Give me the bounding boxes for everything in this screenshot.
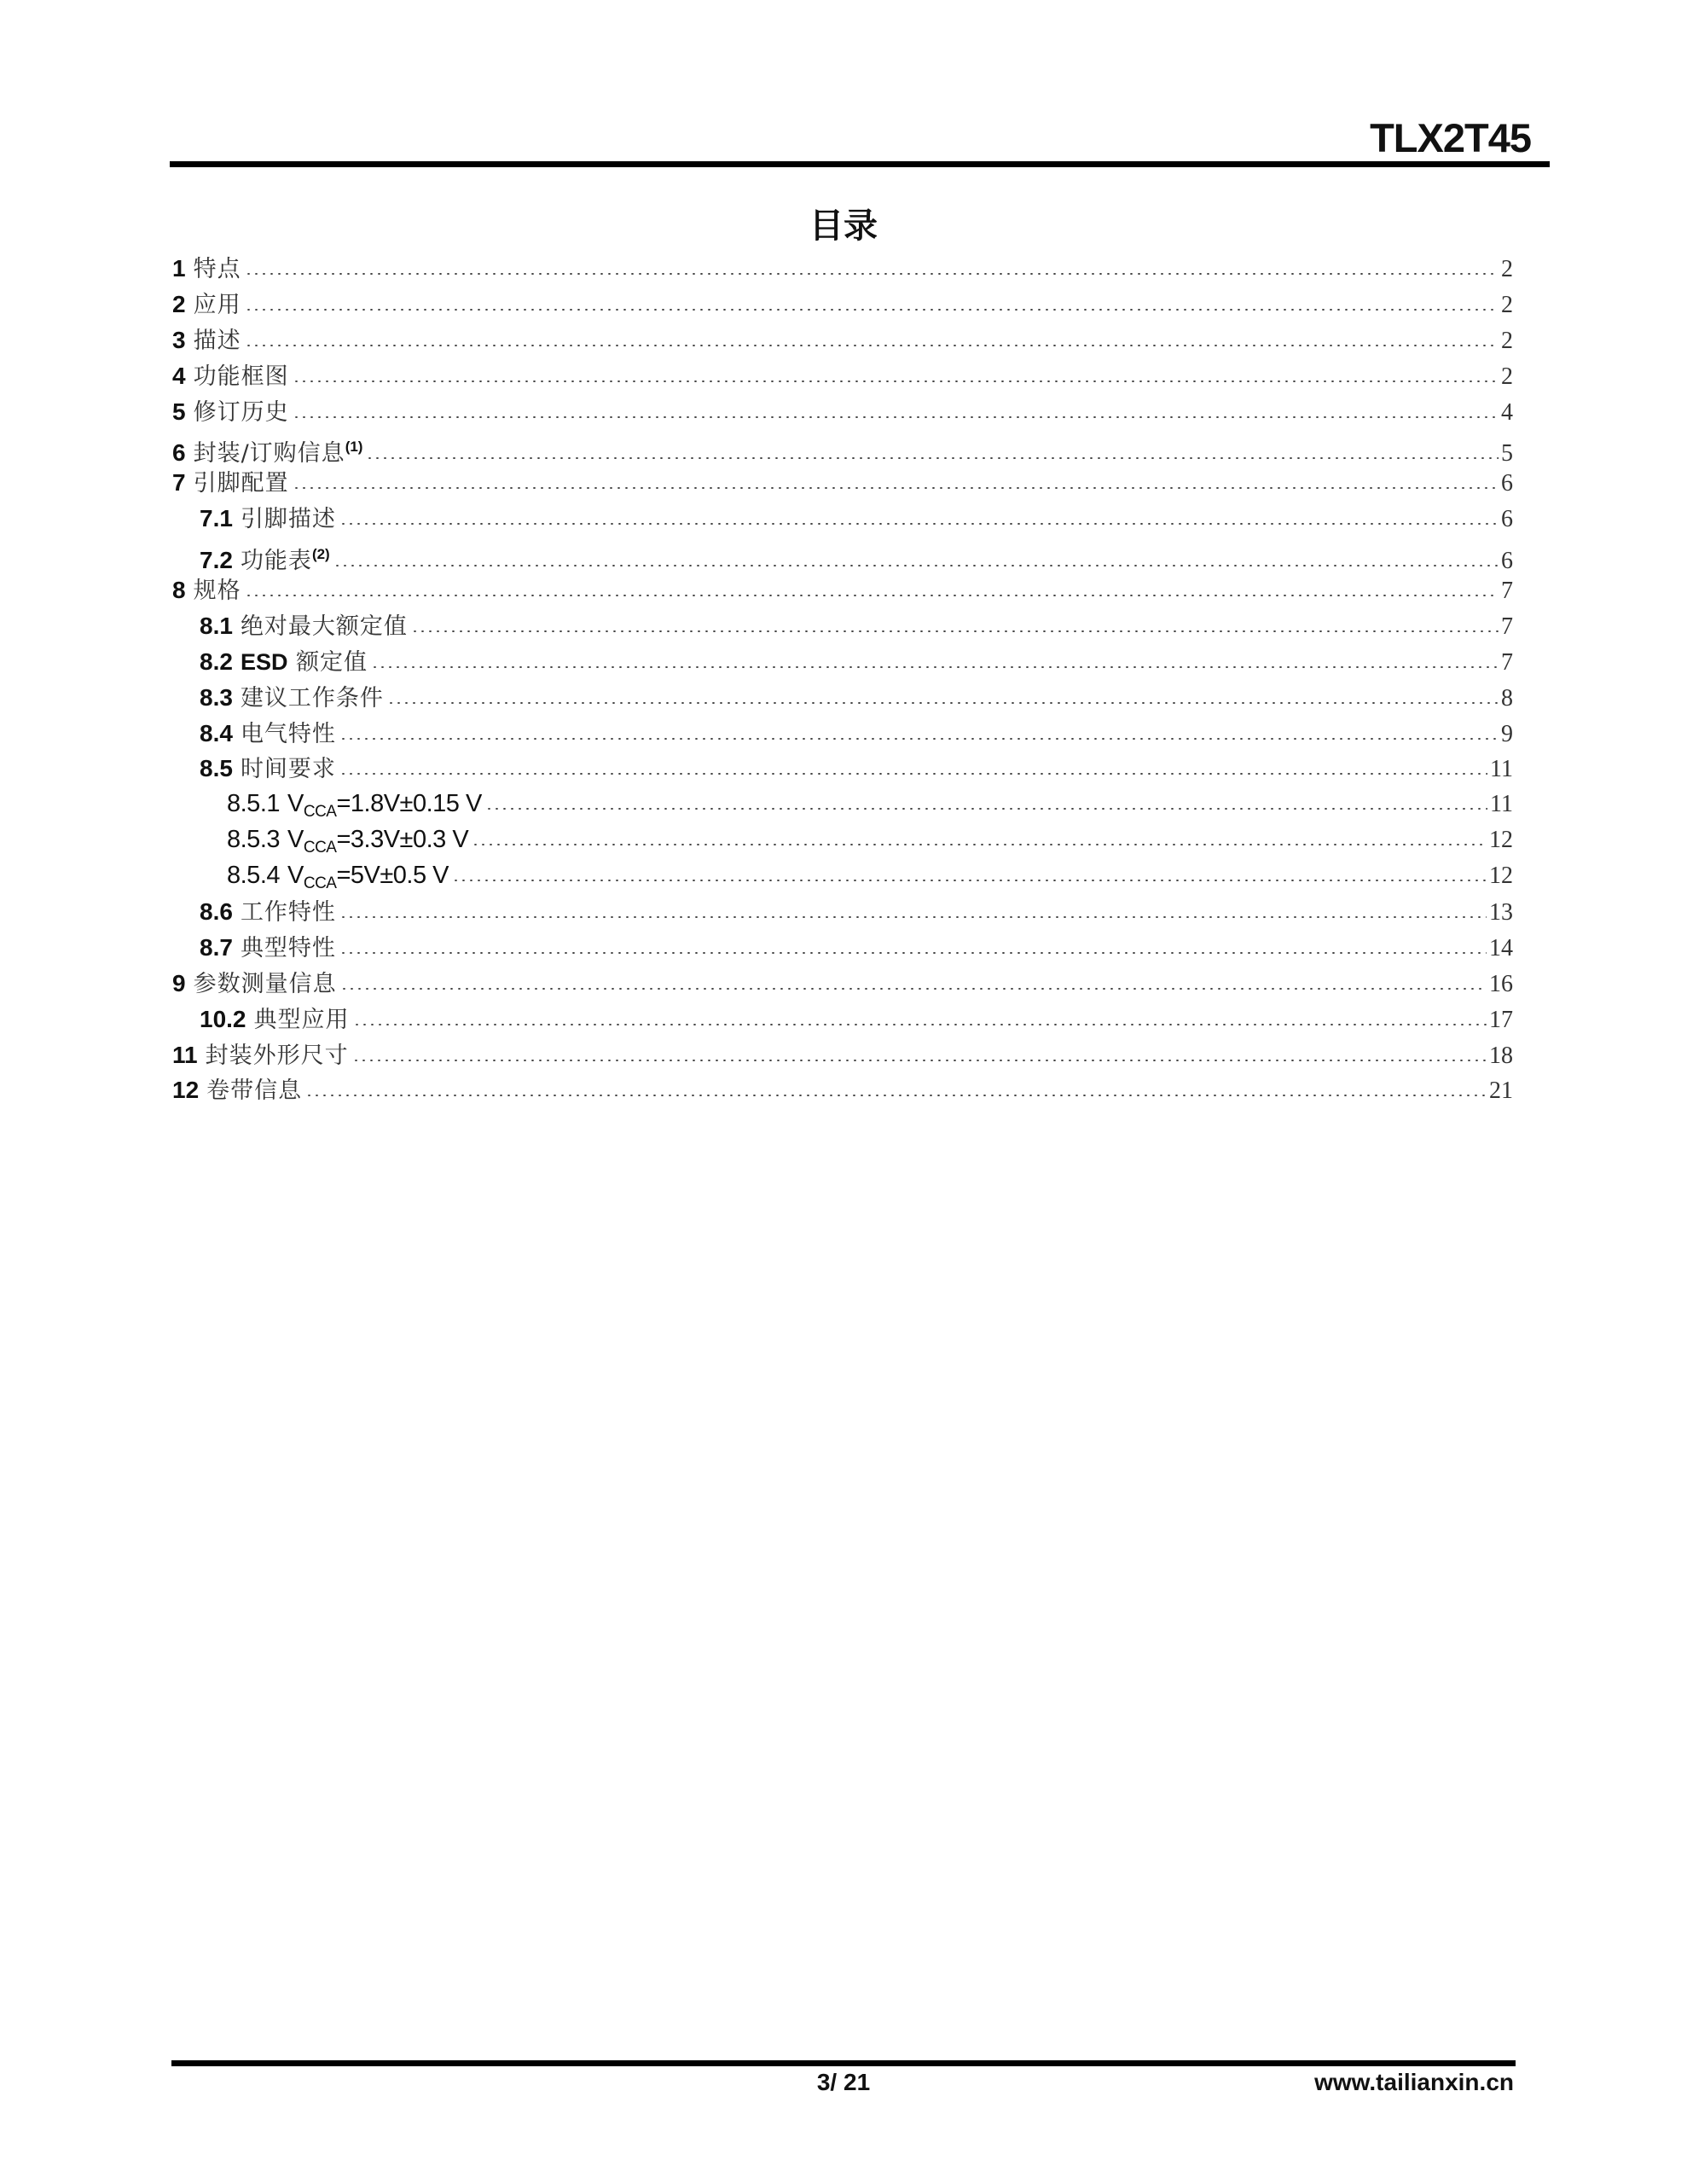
dot-leader: [339, 523, 1499, 525]
toc-entry[interactable]: 8.5.4VCCA=5V±0.5 V12: [172, 858, 1513, 894]
toc-entry-number: 8: [172, 572, 186, 608]
toc-entry-label: 绝对最大额定值: [241, 609, 408, 645]
dot-leader: [245, 595, 1499, 596]
toc-entry-page: 11: [1490, 787, 1513, 822]
toc-entry-number: 8.5: [200, 751, 233, 787]
label-text: 工作特性: [241, 899, 336, 926]
toc-entry-page: 2: [1501, 288, 1513, 323]
toc-entry-page: 2: [1501, 359, 1513, 395]
toc-entry[interactable]: 8.7典型特性14: [172, 930, 1513, 966]
toc-entry[interactable]: 8.4电气特性9: [172, 716, 1513, 752]
label-subscript: CCA: [304, 803, 337, 821]
toc-entry-label: 特点: [194, 252, 241, 288]
dot-leader: [485, 808, 1487, 810]
dot-leader: [340, 988, 1487, 990]
label-text: 建议工作条件: [241, 685, 384, 712]
toc-entry-page: 7: [1501, 573, 1513, 609]
footnote-marker: (2): [312, 546, 330, 562]
toc-entry-number: 8.5.4: [227, 858, 280, 894]
toc-entry-label: 建议工作条件: [241, 681, 384, 717]
label-text: 时间要求: [241, 756, 336, 782]
header-divider: [170, 161, 1550, 167]
dot-leader: [472, 844, 1487, 845]
document-code: TLX2T45: [1370, 116, 1531, 160]
toc-entry-page: 2: [1501, 252, 1513, 288]
toc-entry-page: 7: [1501, 609, 1513, 645]
dot-leader: [352, 1060, 1487, 1061]
toc-entry[interactable]: 4功能框图2: [172, 358, 1513, 394]
toc-entry-label: 电气特性: [241, 717, 336, 752]
toc-entry-number: 8.6: [200, 894, 233, 930]
label-text: =3.3V±0.3 V: [336, 826, 468, 853]
toc-entry[interactable]: 8.5.1VCCA=1.8V±0.15 V11: [172, 787, 1513, 822]
label-text: 特点: [194, 256, 241, 282]
label-text: 绝对最大额定值: [241, 613, 408, 640]
label-text: 引脚描述: [241, 506, 336, 532]
toc-entry-page: 17: [1489, 1002, 1513, 1038]
label-text: 参数测量信息: [194, 971, 337, 997]
toc-entry-label: 参数测量信息: [194, 967, 337, 1002]
toc-entry-number: 1: [172, 251, 186, 287]
label-text: V: [287, 826, 304, 853]
footnote-marker: (1): [345, 439, 363, 455]
toc-entry-page: 8: [1501, 681, 1513, 717]
toc-entry-page: 11: [1490, 752, 1513, 787]
dot-leader: [245, 309, 1499, 311]
table-of-contents: 1特点22应用23描述24功能框图25修订历史46封装/订购信息(1)57引脚配…: [172, 251, 1513, 1108]
label-text: 额定值: [296, 649, 368, 676]
toc-entry-number: 11: [172, 1037, 198, 1073]
toc-entry[interactable]: 5修订历史4: [172, 394, 1513, 430]
toc-entry-label: 描述: [194, 323, 241, 359]
toc-entry-number: 8.1: [200, 608, 233, 644]
label-text: 封装/订购信息: [194, 440, 345, 467]
toc-entry[interactable]: 1特点2: [172, 251, 1513, 287]
toc-entry-label: 封装外形尺寸: [206, 1038, 349, 1074]
dot-leader: [293, 416, 1499, 418]
toc-entry-number: 2: [172, 287, 186, 322]
toc-entry-label: 引脚描述: [241, 502, 336, 537]
dot-leader: [333, 565, 1499, 566]
toc-entry-label: 典型特性: [241, 931, 336, 967]
toc-entry-number: 4: [172, 358, 186, 394]
toc-entry[interactable]: 7引脚配置6: [172, 465, 1513, 501]
toc-entry-number: 3: [172, 322, 186, 358]
label-text: 典型应用: [254, 1007, 350, 1033]
toc-entry-page: 4: [1501, 395, 1513, 431]
label-text: 功能表: [241, 548, 312, 574]
label-text: 封装外形尺寸: [206, 1043, 349, 1069]
label-latin: ESD: [241, 649, 288, 675]
footer-divider: [171, 2060, 1516, 2066]
label-text: 电气特性: [241, 721, 336, 747]
dot-leader: [371, 666, 1499, 668]
toc-entry[interactable]: 6封装/订购信息(1)5: [172, 429, 1513, 465]
toc-entry[interactable]: 12卷带信息21: [172, 1072, 1513, 1108]
toc-entry-number: 8.5.3: [227, 822, 280, 858]
toc-entry[interactable]: 8.1绝对最大额定值7: [172, 608, 1513, 644]
dot-leader: [387, 702, 1499, 704]
toc-entry-label: 引脚配置: [194, 466, 289, 502]
toc-entry-label: 功能表(2): [241, 537, 330, 579]
toc-entry-page: 2: [1501, 323, 1513, 359]
toc-entry-number: 10.2: [200, 1002, 246, 1037]
toc-entry[interactable]: 8.2ESD 额定值7: [172, 644, 1513, 680]
toc-entry-label: 时间要求: [241, 752, 336, 787]
dot-leader: [245, 345, 1499, 346]
label-text: 卷带信息: [206, 1077, 302, 1104]
toc-entry-page: 21: [1489, 1073, 1513, 1109]
label-text: 规格: [194, 578, 241, 604]
toc-entry-page: 6: [1501, 502, 1513, 537]
dot-leader: [245, 273, 1499, 275]
toc-entry[interactable]: 8.3建议工作条件8: [172, 680, 1513, 716]
toc-entry-number: 5: [172, 394, 186, 430]
dot-leader: [339, 773, 1487, 775]
toc-entry[interactable]: 7.1引脚描述6: [172, 501, 1513, 537]
toc-entry-page: 12: [1489, 858, 1513, 894]
toc-entry-page: 14: [1489, 931, 1513, 967]
dot-leader: [452, 880, 1487, 881]
toc-entry-number: 8.3: [200, 680, 233, 716]
toc-entry-label: 规格: [194, 573, 241, 609]
label-text: 应用: [194, 292, 241, 318]
toc-entry[interactable]: 9参数测量信息16: [172, 966, 1513, 1002]
dot-leader: [411, 630, 1499, 632]
toc-entry-label: 典型应用: [254, 1002, 350, 1038]
dot-leader: [293, 487, 1499, 489]
toc-entry[interactable]: 8.5.3VCCA=3.3V±0.3 V12: [172, 822, 1513, 858]
label-subscript: CCA: [304, 874, 337, 892]
label-text: =5V±0.5 V: [336, 862, 449, 889]
toc-entry-page: 18: [1489, 1038, 1513, 1074]
toc-title: 目录: [0, 203, 1687, 249]
dot-leader: [339, 916, 1487, 918]
document-page: TLX2T45 目录 1特点22应用23描述24功能框图25修订历史46封装/订…: [0, 0, 1687, 2184]
label-text: 典型特性: [241, 935, 336, 961]
toc-entry-number: 9: [172, 966, 186, 1002]
toc-entry[interactable]: 2应用2: [172, 287, 1513, 322]
toc-entry-page: 12: [1489, 822, 1513, 858]
website-link[interactable]: www.tailianxin.cn: [1314, 2068, 1514, 2097]
toc-entry[interactable]: 10.2典型应用17: [172, 1002, 1513, 1037]
toc-entry-page: 13: [1489, 895, 1513, 931]
toc-entry[interactable]: 3描述2: [172, 322, 1513, 358]
label-text: V: [287, 790, 304, 817]
toc-entry-number: 8.4: [200, 716, 233, 752]
label-text: 功能框图: [194, 363, 289, 390]
dot-leader: [339, 952, 1487, 954]
label-text: 修订历史: [194, 399, 289, 426]
toc-entry-number: 12: [172, 1072, 199, 1108]
label-text: =1.8V±0.15 V: [336, 790, 481, 817]
toc-entry-number: 8.2: [200, 644, 233, 680]
toc-entry-number: 7.1: [200, 501, 233, 537]
dot-leader: [339, 738, 1499, 740]
toc-entry-page: 6: [1501, 466, 1513, 502]
toc-entry-label: 应用: [194, 288, 241, 323]
label-text: 描述: [194, 328, 241, 354]
toc-entry[interactable]: 8规格7: [172, 572, 1513, 608]
dot-leader: [293, 380, 1499, 382]
toc-entry-page: 16: [1489, 967, 1513, 1002]
toc-entry[interactable]: 7.2功能表(2)6: [172, 537, 1513, 572]
toc-entry-label: 卷带信息: [206, 1073, 302, 1109]
toc-entry-page: 9: [1501, 717, 1513, 752]
toc-entry-number: 7: [172, 465, 186, 501]
toc-entry[interactable]: 11封装外形尺寸18: [172, 1037, 1513, 1073]
toc-entry-label: ESD 额定值: [241, 645, 368, 681]
label-subscript: CCA: [304, 839, 337, 857]
dot-leader: [366, 457, 1499, 459]
dot-leader: [353, 1024, 1487, 1025]
toc-entry-label: 工作特性: [241, 895, 336, 931]
toc-entry-label: 功能框图: [194, 359, 289, 395]
dot-leader: [305, 1095, 1487, 1096]
toc-entry[interactable]: 8.5时间要求11: [172, 751, 1513, 787]
toc-entry-page: 7: [1501, 645, 1513, 681]
toc-entry-number: 8.5.1: [227, 787, 280, 822]
label-text: V: [287, 862, 304, 889]
toc-entry-number: 8.7: [200, 930, 233, 966]
label-text: 引脚配置: [194, 470, 289, 497]
toc-entry-label: 修订历史: [194, 395, 289, 431]
